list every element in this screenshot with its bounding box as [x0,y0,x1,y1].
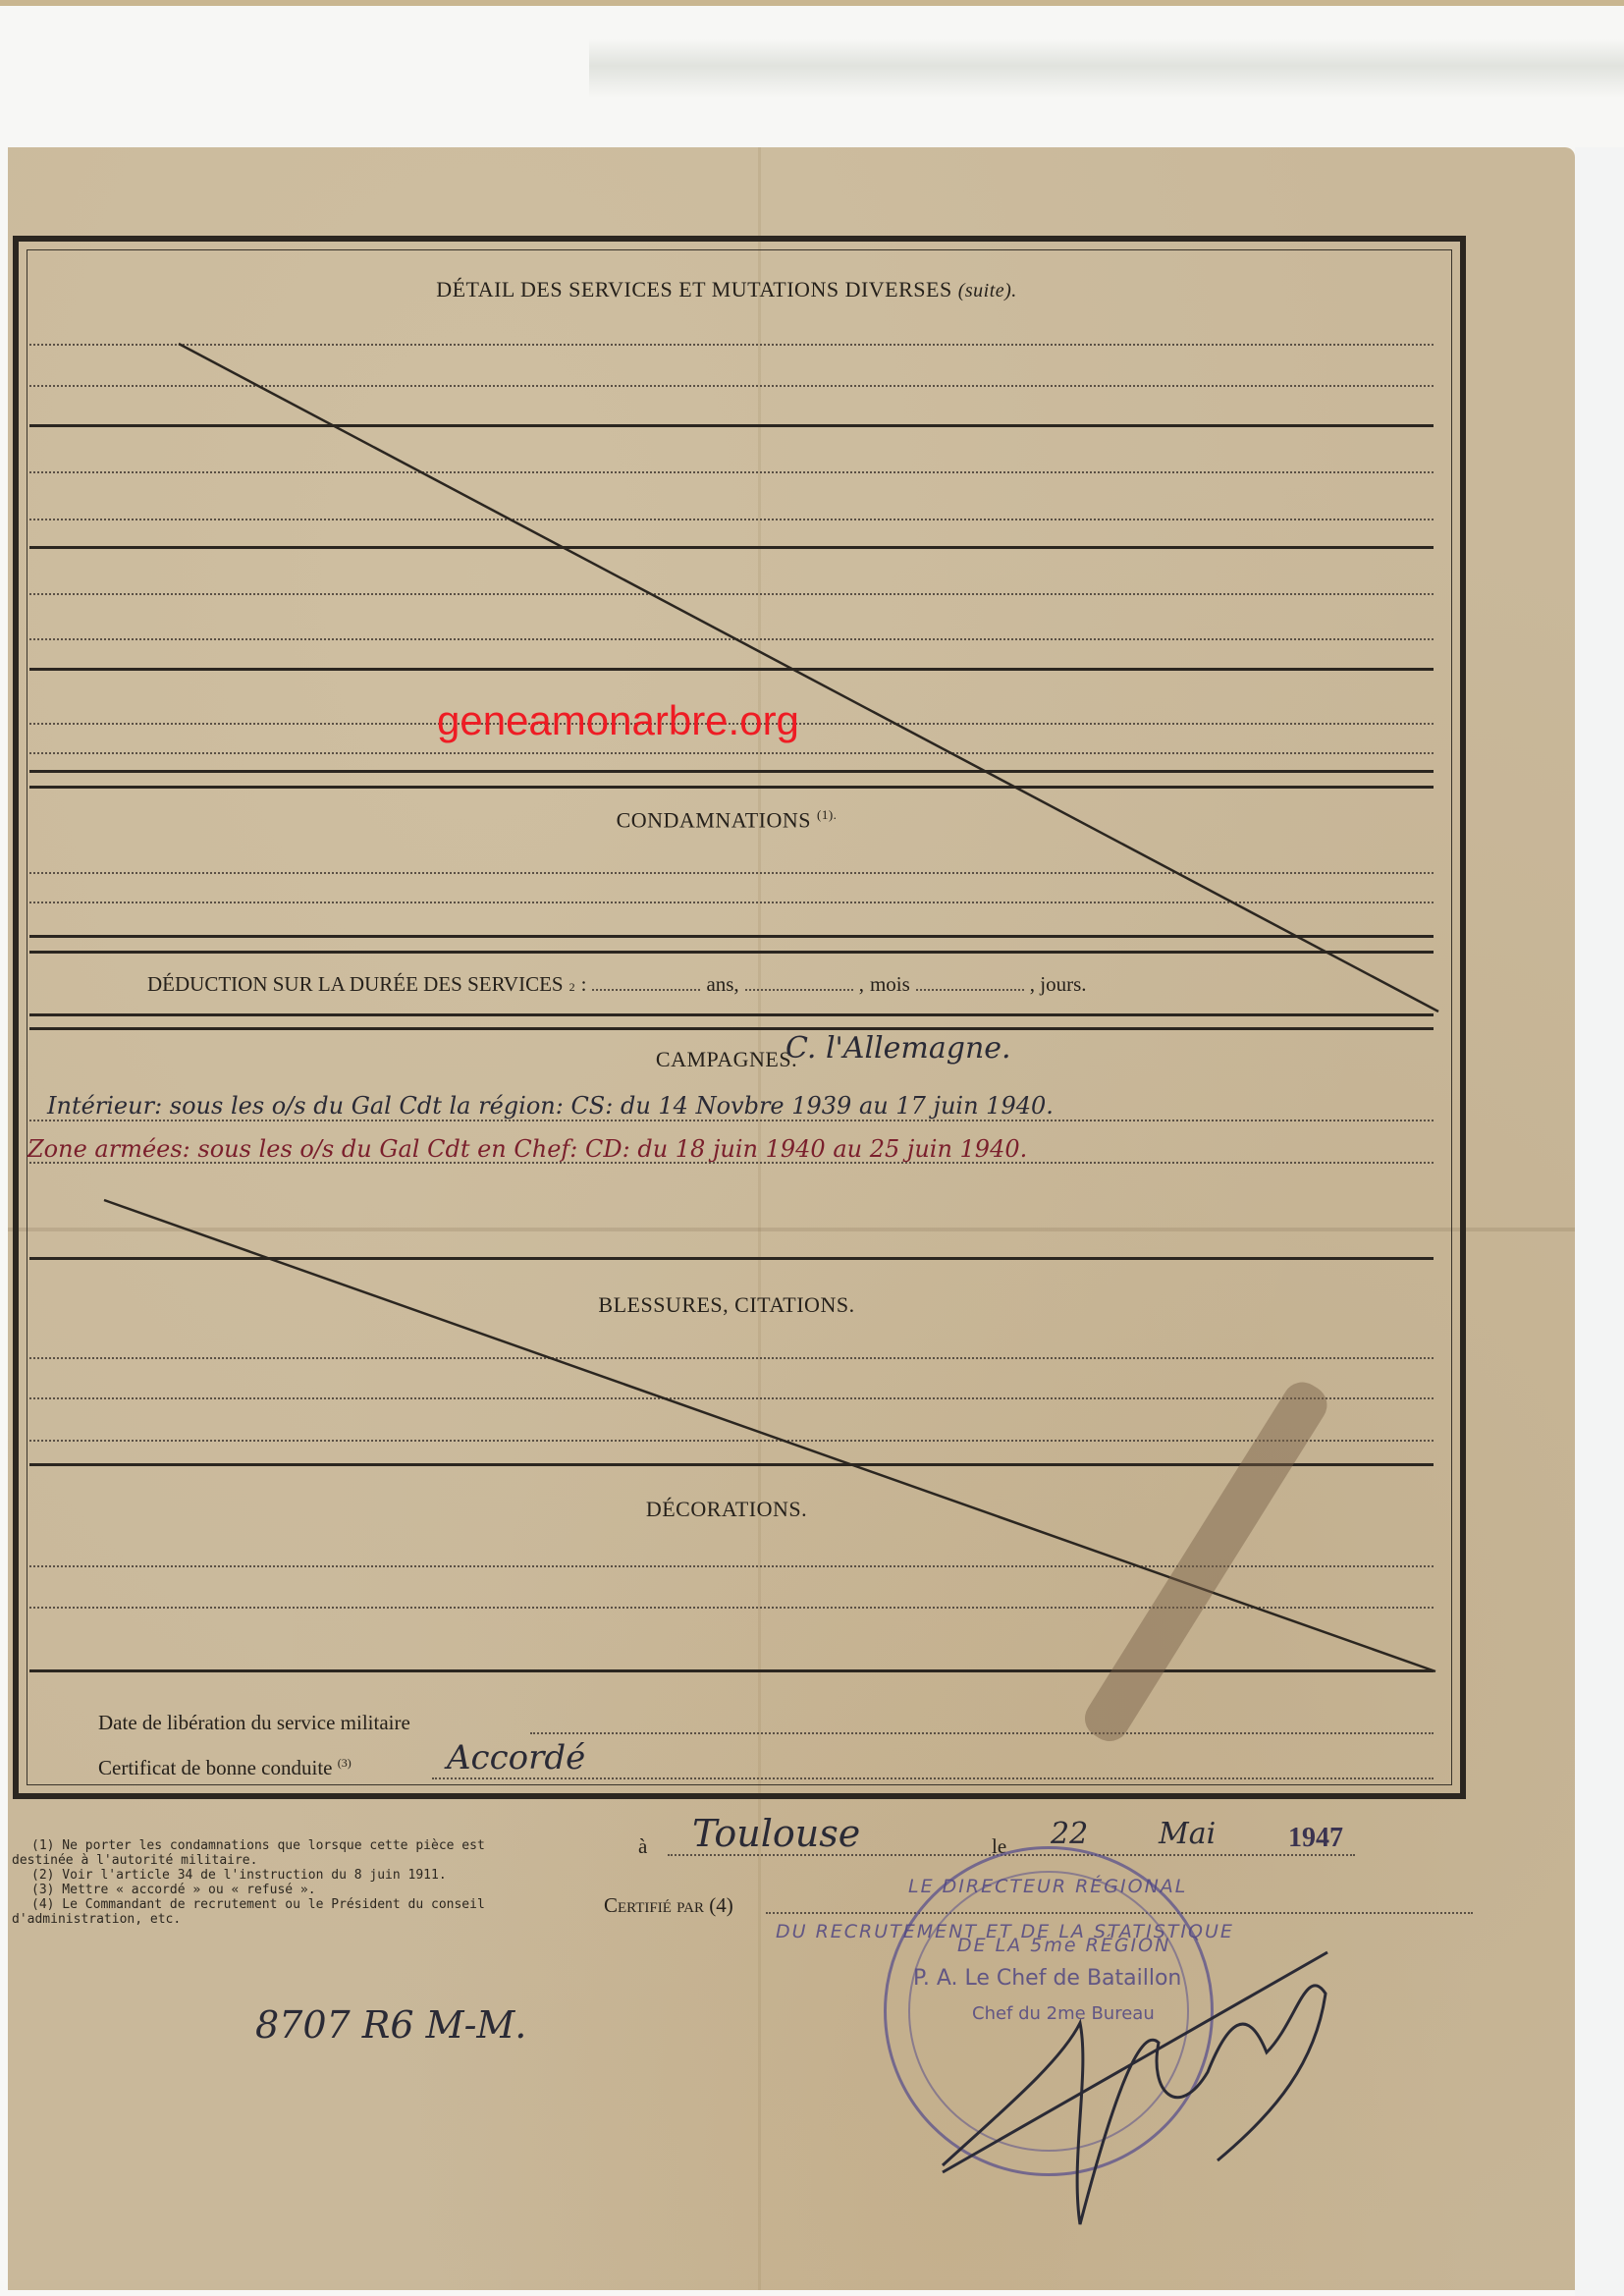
reference-number: 8707 R6 M-M. [255,2003,526,2047]
signature [0,0,1624,2296]
